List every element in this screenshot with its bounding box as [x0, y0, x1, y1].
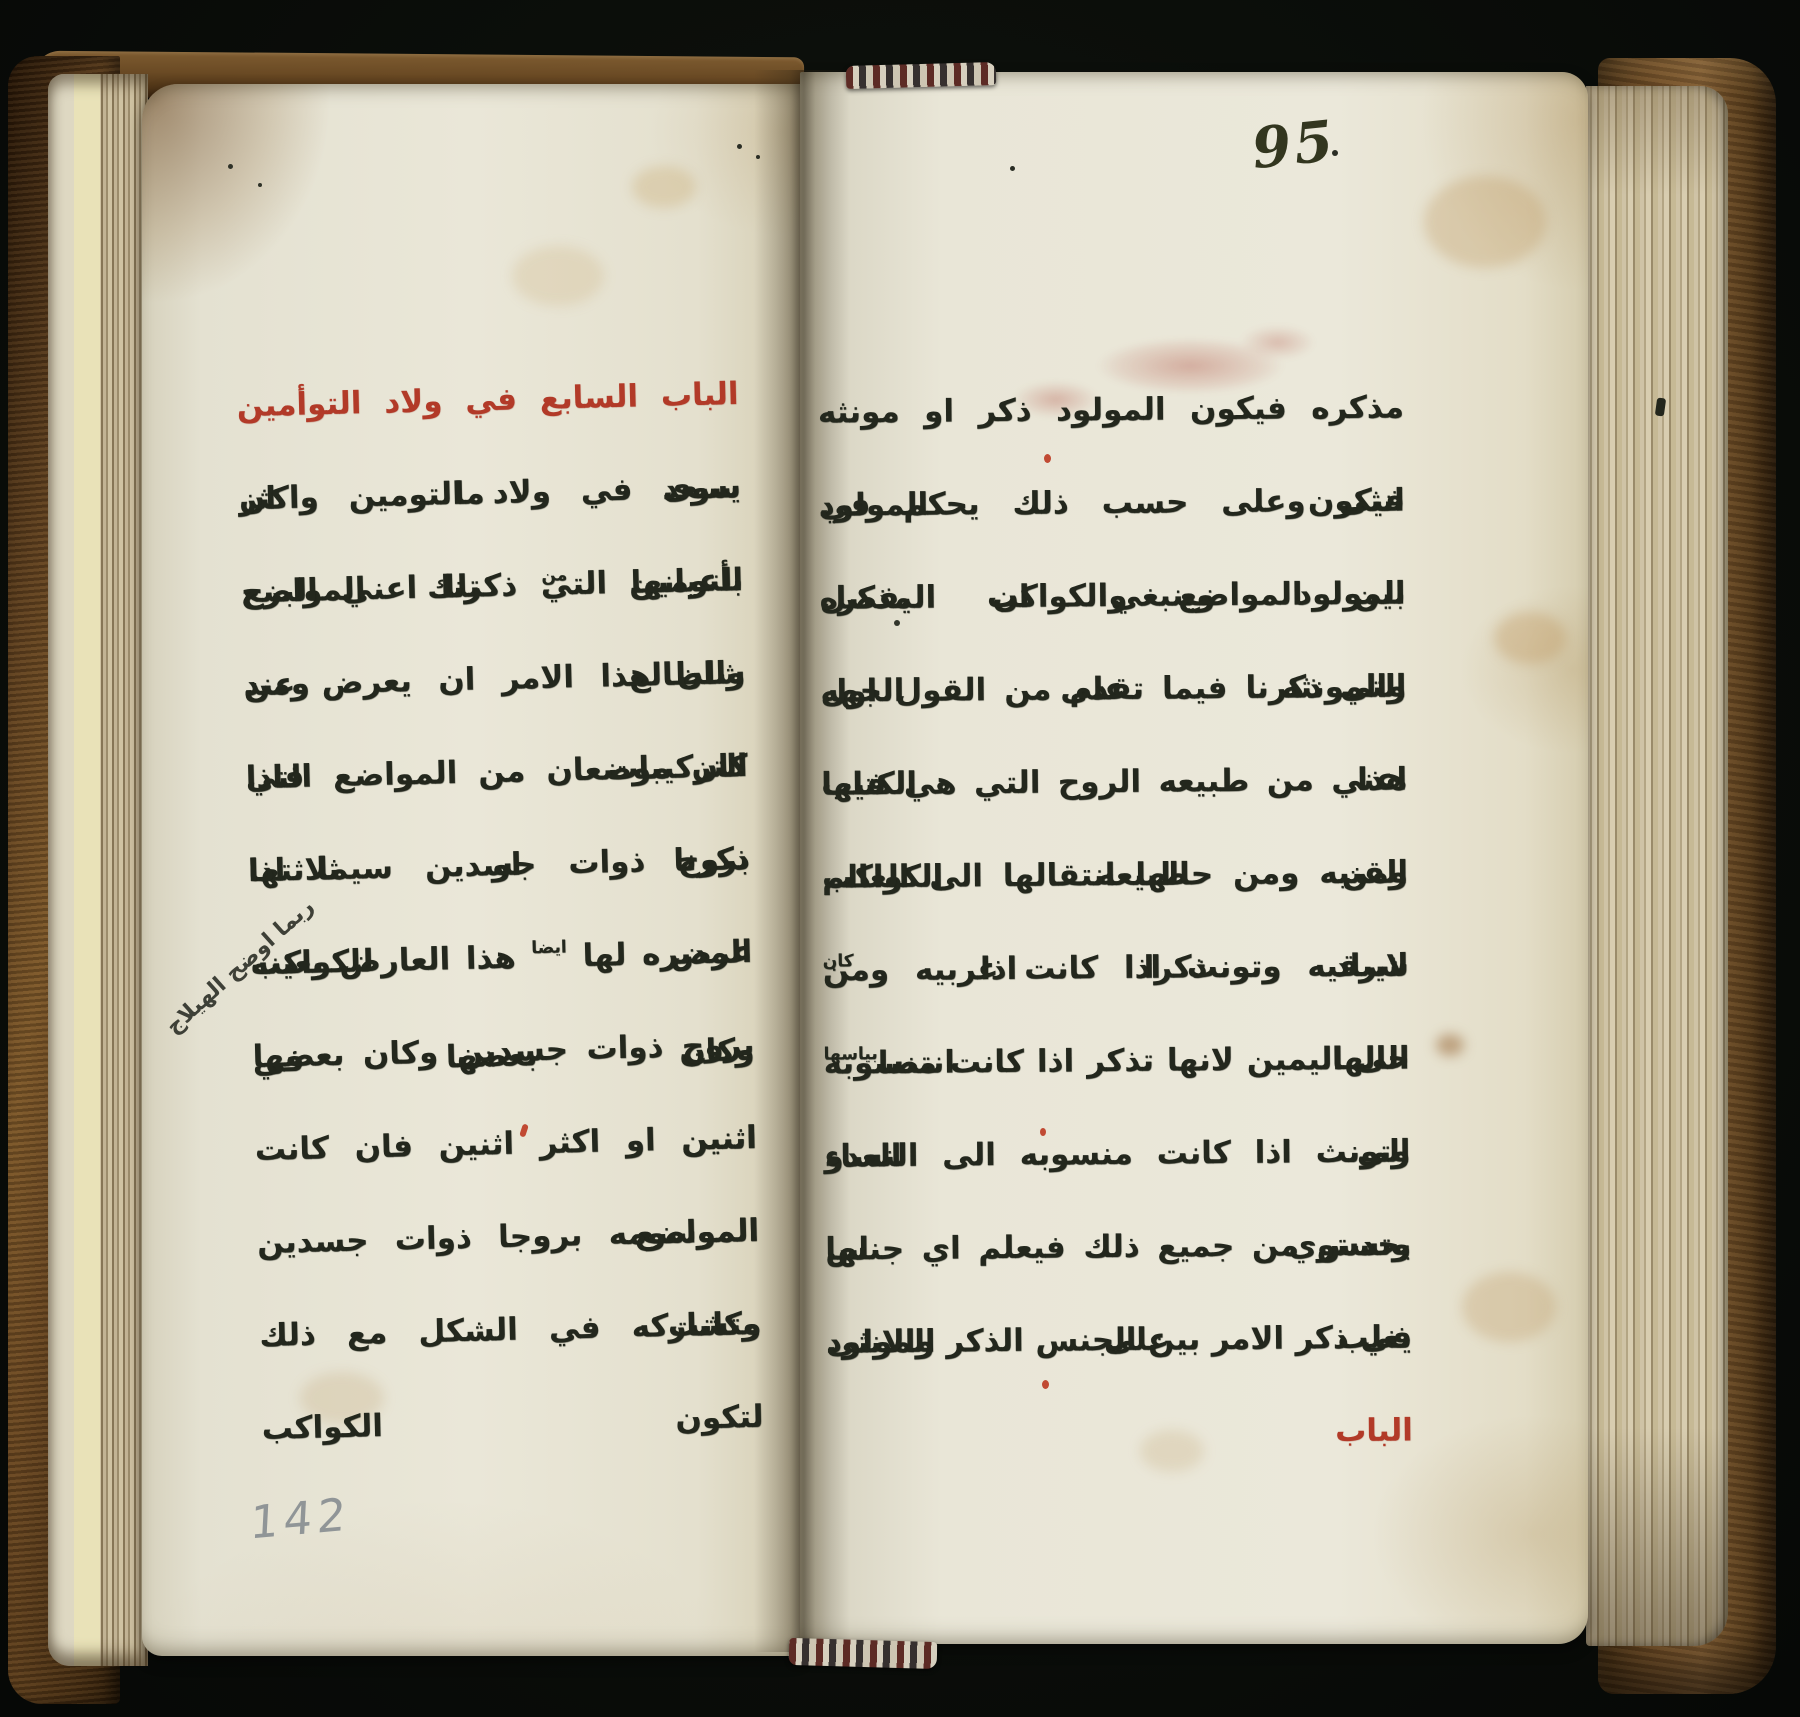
- manuscript-line: متشاركه في الشكل مع ذلك لتكون الكواكب: [258, 1278, 762, 1383]
- manuscript-line: انثى وعلى حسب ذلك يحكم في المولود وينبغي…: [818, 454, 1405, 552]
- manuscript-line: يحدس من جميع ذلك فيعلم اي جنس يغلب على ا…: [825, 1198, 1412, 1296]
- interlinear-word: بياسها: [823, 1044, 877, 1064]
- ink-text: المدبره لها: [567, 934, 753, 975]
- stain-spot: [1494, 612, 1566, 664]
- manuscript-line: اثنين او اكثر اثنين فان كانت المواضع: [254, 1092, 758, 1197]
- manuscript-line: القنيه ومن حالها انتقالها الى العالم لاي…: [822, 826, 1409, 924]
- manuscript-line: بروج ذوات جسدين سيما اذا عرض للكواكب: [247, 813, 751, 918]
- stain-spot: [1424, 176, 1546, 268]
- stain-spot: [1436, 1034, 1464, 1056]
- ink-speck: [737, 144, 742, 149]
- manuscript-line: بأعيانها التي ذكرنا اعني البرج والطالع و…: [240, 534, 744, 639]
- endband-top: [846, 62, 997, 89]
- interlinear-word: كان: [823, 951, 854, 971]
- ink-text: في ذكر الامر بين الجنس الذكر والانثى: [826, 1319, 1412, 1360]
- manuscript-line: التي ذكرنا فيما تقدم من القول اول هذا ال…: [820, 640, 1407, 738]
- manuscript-line: بين المواضع والكواكب المذكره والمونثه عل…: [819, 547, 1406, 645]
- manuscript-line: شرقيه وتونث اذا كانت غربيه ومن حالها انت…: [822, 919, 1409, 1017]
- manuscript-line: مذكره فيكون المولود ذكر او مونثه فيكون ا…: [818, 361, 1405, 459]
- right-fore-edge-stack: [1586, 86, 1728, 1646]
- manuscript-line: اعني من طبيعه الروح التي هي فيها ومن طبي…: [821, 733, 1408, 831]
- manuscript-line: المدبره لها ايضا هذا العارض بعينه وكان ب…: [249, 906, 753, 1011]
- red-ink-text: الباب: [1335, 1412, 1413, 1449]
- manuscript-line: بروج ذوات جسدين وكان بعضها اثنين: [251, 999, 755, 1104]
- ink-speck: [258, 183, 262, 187]
- endband-bottom: [789, 1638, 938, 1669]
- ink-speck: [1010, 166, 1015, 171]
- manuscript-line: وتونث اذا كانت منسوبه الى النساء وتستوي …: [824, 1105, 1411, 1203]
- left-page-edge-stack: [48, 74, 148, 1666]
- interlinear-word: ايضا: [531, 937, 567, 958]
- ink-text: متشاركه في الشكل مع ذلك لتكون الكواكب: [259, 1306, 764, 1447]
- stain-spot: [512, 246, 604, 306]
- pencil-foliation: 142: [249, 1487, 352, 1549]
- manuscript-line: الموسومه بروجا ذوات جسدين وكانت: [256, 1185, 760, 1290]
- stain-spot: [1462, 1272, 1556, 1342]
- manuscript-line: في ذكر الامر بين الجنس الذكر والانثى الب…: [826, 1291, 1413, 1389]
- manuscript-line: الباب السابع في ولاد التوأمين سوى ما ان: [236, 348, 740, 453]
- manuscript-line: شان هذا الامر ان يعرض عند التركيبات فاذا: [242, 627, 746, 732]
- red-ink-text: الباب السابع في ولاد التوأمين: [236, 376, 739, 424]
- photo-background: 95 مذكره فيكون المولود ذكر او مونثه فيكو…: [0, 0, 1800, 1717]
- stain-spot: [632, 166, 696, 208]
- ink-speck: [228, 164, 233, 169]
- left-page-text-block: الباب السابع في ولاد التوأمين سوى ما اني…: [236, 348, 763, 1383]
- stain-spot: [1140, 1430, 1204, 1472]
- manuscript-line: الى اليمين لانها تذكر اذا كانت منسوبه ال…: [823, 1012, 1410, 1110]
- manuscript-line: كان موضعان من المواضع التي ذكرنا او ثلاث…: [245, 720, 749, 825]
- folio-number: 95: [1249, 108, 1339, 182]
- ink-speck: [756, 155, 760, 159]
- manuscript-line: يسعد في ولاد التومين واكثر التومين من تل…: [238, 441, 742, 546]
- right-page-text-block: مذكره فيكون المولود ذكر او مونثه فيكون ا…: [818, 361, 1413, 1389]
- interlinear-word: من: [541, 565, 567, 586]
